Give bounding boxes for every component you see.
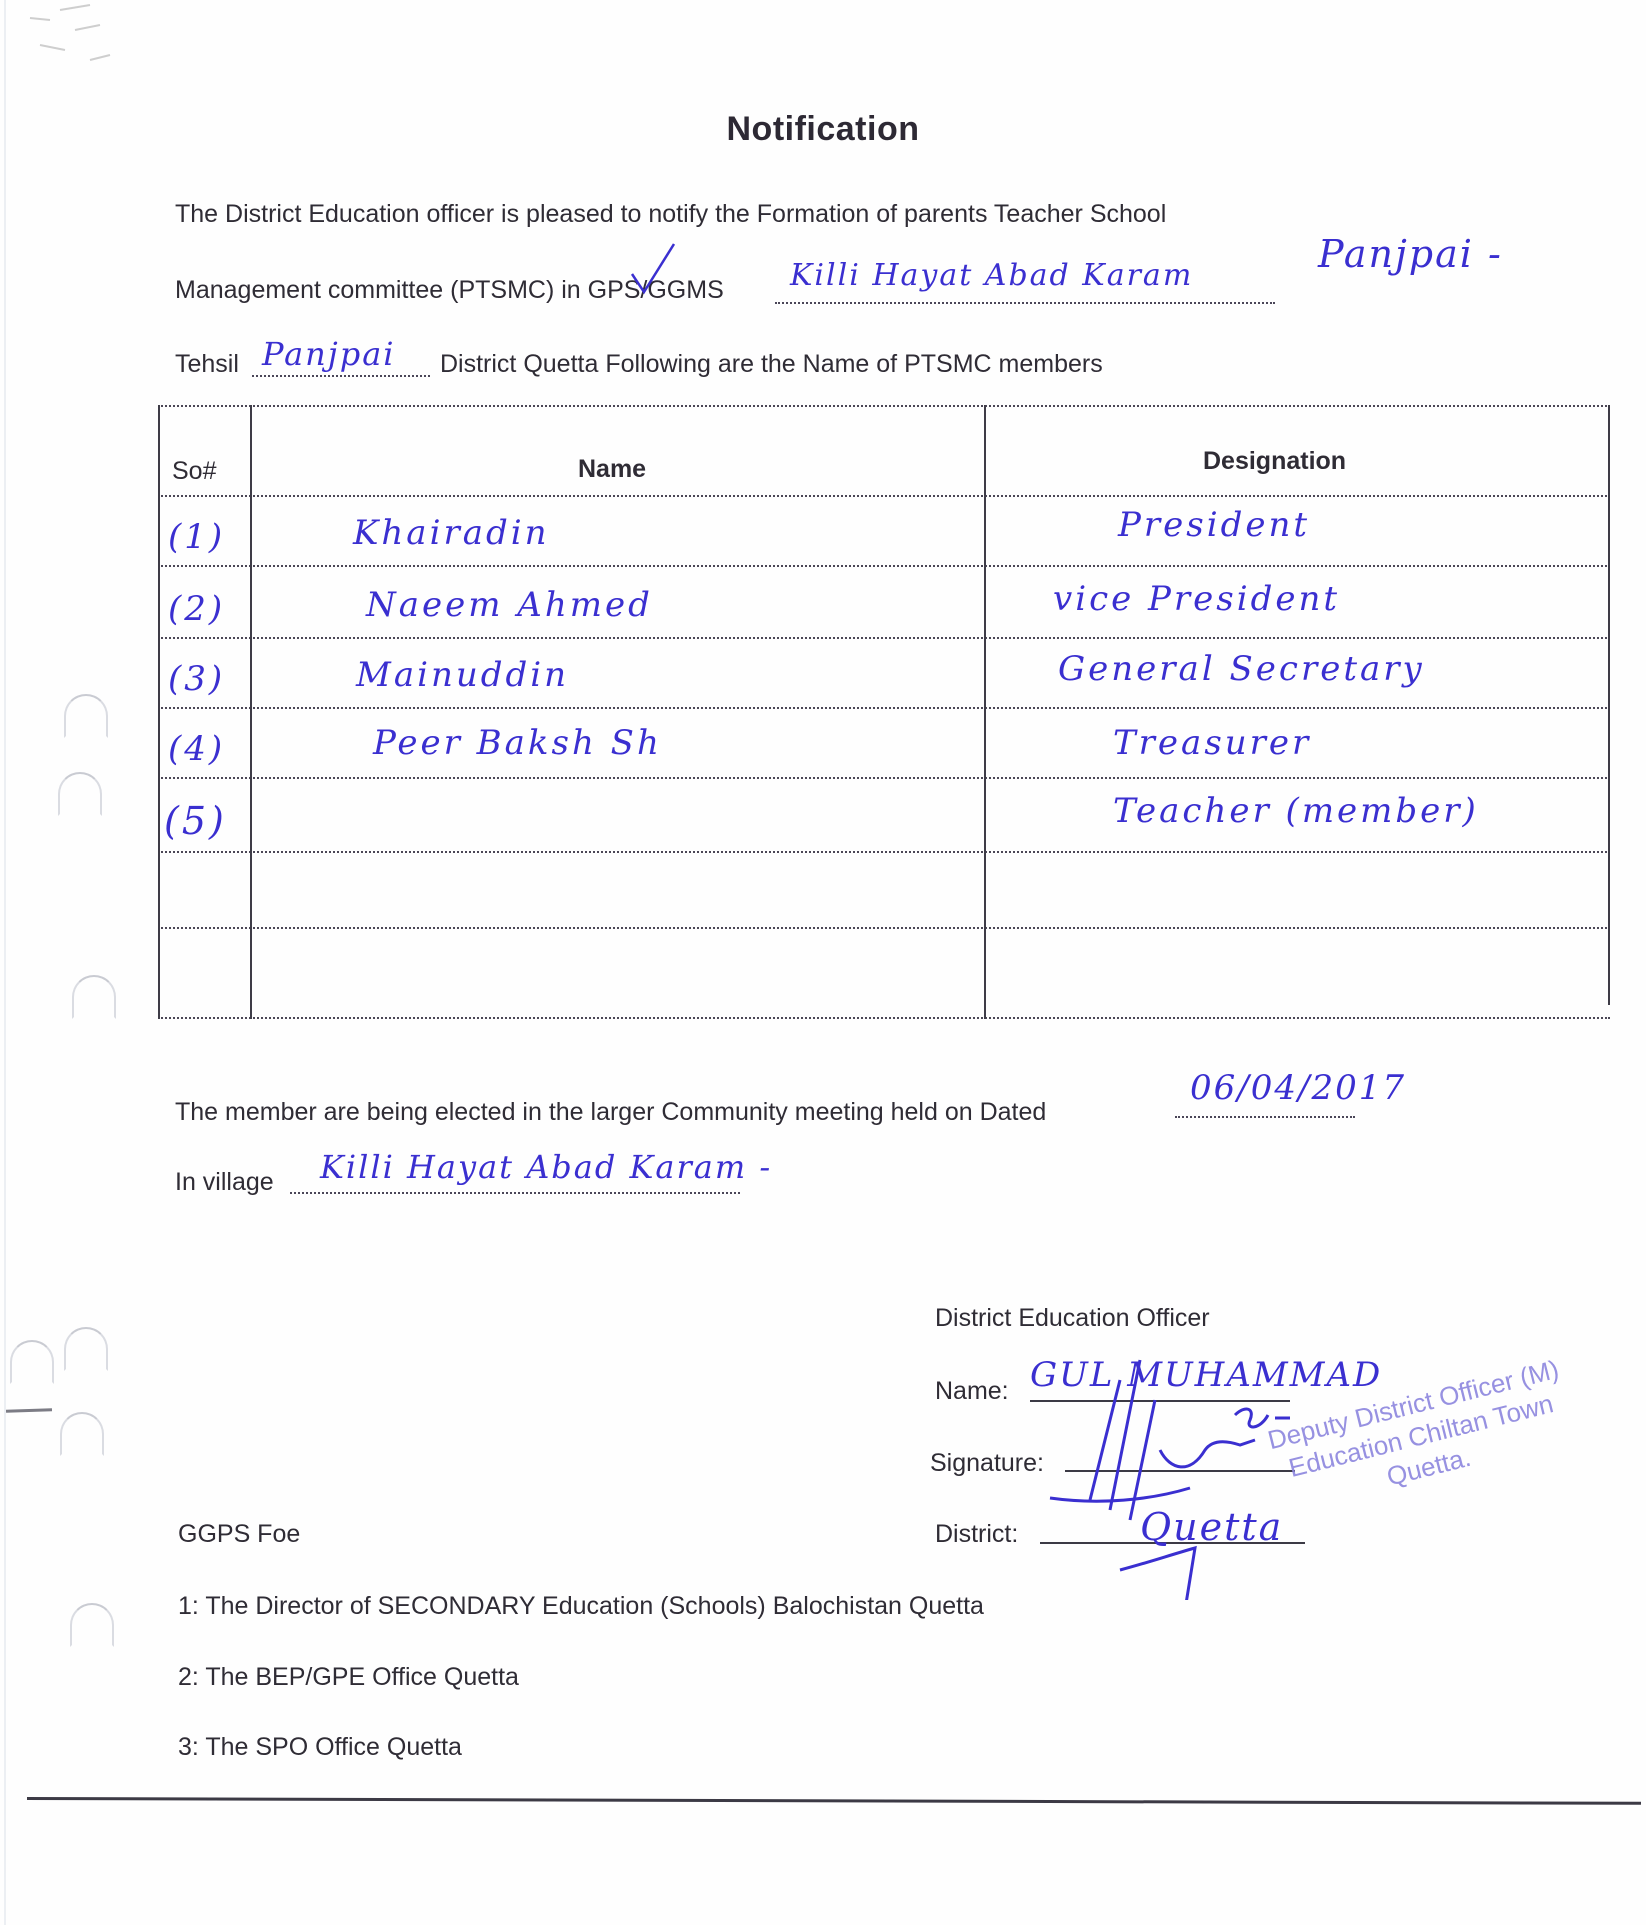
copy-to-heading: GGPS Foe	[178, 1520, 300, 1549]
tehsil-suffix: District Quetta Following are the Name o…	[440, 350, 1103, 379]
punch-hole	[64, 694, 108, 738]
district-label: District:	[935, 1520, 1018, 1549]
copy-to-item-1: 1: The Director of SECONDARY Education (…	[178, 1592, 984, 1621]
table-column-divider	[250, 405, 252, 1019]
table-rule	[158, 565, 1610, 567]
table-rule	[158, 495, 1610, 497]
row-1-serial: (1)	[168, 517, 225, 557]
punch-hole	[72, 975, 116, 1019]
row-5-designation: Teacher (member)	[1113, 791, 1479, 831]
table-rule	[158, 707, 1610, 709]
table-rule	[158, 927, 1610, 929]
meeting-date-handwritten: 06/04/2017	[1190, 1068, 1406, 1108]
row-1-designation: President	[1118, 505, 1310, 545]
village-label: In village	[175, 1168, 274, 1197]
row-5-serial: (5)	[164, 799, 227, 843]
intro-line-1: The District Education officer is please…	[175, 200, 1166, 229]
school-name-fill-line	[775, 302, 1275, 304]
row-3-name: Mainuddin	[356, 655, 569, 695]
tehsil-label: Tehsil	[175, 350, 239, 379]
row-4-serial: (4)	[168, 729, 225, 769]
punch-hole	[58, 772, 102, 816]
row-3-designation: General Secretary	[1058, 649, 1425, 689]
tehsil-fill-line	[252, 375, 430, 377]
checkmark-icon	[628, 240, 678, 300]
row-4-name: Peer Baksh Sh	[373, 723, 662, 763]
officer-name-label: Name:	[935, 1377, 1009, 1406]
punch-hole	[64, 1327, 108, 1371]
table-rule	[158, 777, 1610, 779]
table-rule	[158, 637, 1610, 639]
table-rule	[158, 851, 1610, 853]
village-handwritten: Killi Hayat Abad Karam -	[320, 1148, 772, 1186]
scan-smudge-mark	[20, 0, 170, 90]
column-header-name: Name	[578, 455, 646, 484]
punch-hole	[10, 1340, 54, 1384]
row-2-serial: (2)	[168, 589, 225, 629]
copy-to-item-2: 2: The BEP/GPE Office Quetta	[178, 1663, 519, 1692]
tehsil-handwritten: Panjpai	[262, 335, 396, 373]
scanned-notification-page: Notification The District Education offi…	[0, 0, 1646, 1925]
bottom-rule	[27, 1797, 1641, 1805]
table-border-bottom	[158, 1017, 1610, 1019]
page-edge	[4, 0, 6, 1925]
page-title: Notification	[0, 110, 1646, 149]
row-1-name: Khairadin	[353, 513, 550, 553]
school-name-continuation-handwritten: Panjpai -	[1318, 232, 1503, 276]
signature-label: Signature:	[930, 1449, 1044, 1478]
elected-statement: The member are being elected in the larg…	[175, 1098, 1046, 1127]
ptsmc-members-table: So# Name Designation (1) Khairadin Presi…	[158, 405, 1610, 1020]
village-fill-line	[290, 1192, 740, 1194]
row-4-designation: Treasurer	[1113, 723, 1311, 763]
row-2-designation: vice President	[1053, 579, 1340, 619]
punch-hole	[60, 1412, 104, 1456]
copy-to-item-3: 3: The SPO Office Quetta	[178, 1733, 462, 1762]
table-border-right	[1608, 405, 1610, 1005]
margin-dash-mark	[6, 1408, 52, 1413]
table-column-divider	[984, 405, 986, 1019]
table-border-top	[158, 405, 1610, 407]
punch-hole	[70, 1603, 114, 1647]
row-3-serial: (3)	[168, 659, 225, 699]
column-header-serial: So#	[172, 457, 216, 486]
date-fill-line	[1175, 1116, 1355, 1118]
school-name-handwritten: Killi Hayat Abad Karam	[790, 258, 1193, 293]
row-2-name: Naeem Ahmed	[366, 585, 653, 625]
table-border-left	[158, 405, 160, 1019]
column-header-designation: Designation	[1203, 447, 1346, 476]
